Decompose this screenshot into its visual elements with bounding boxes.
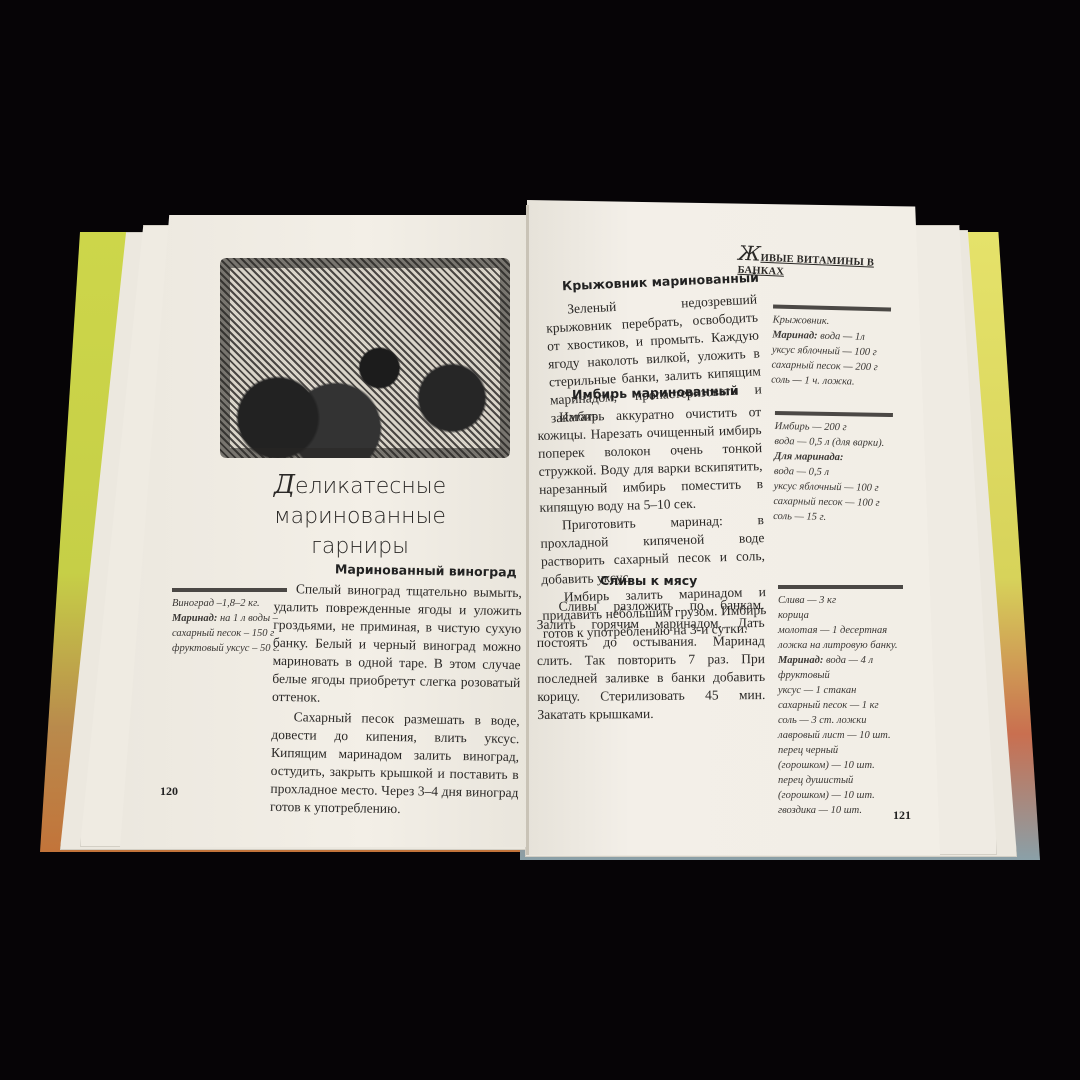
ingredient-line: Маринад: вода — 4 л [778,653,903,668]
ingredients-gooseberry: Крыжовник. Маринад: вода — 1л уксус ябло… [771,304,891,390]
page-number-left: 120 [160,784,178,799]
ingredient-line: (горошком) — 10 шт. [778,758,903,773]
ingredient-line: Маринад: на 1 л воды – [172,611,287,626]
ingredient-line: уксус — 1 стакан [778,683,903,698]
ingredient-line: соль — 1 ч. ложка. [771,372,889,390]
ingredient-line: перец душистый [778,773,903,788]
ingredient-line: фруктовый [778,668,903,683]
chapter-title: Деликатесные маринованные гарниры [200,470,520,562]
paragraph: Имбирь аккуратно очистить от кожицы. Нар… [537,403,764,517]
book-gutter [526,205,529,855]
ingredients-plums: Слива — 3 кг корица молотая — 1 десертна… [778,585,903,818]
ingredient-line: соль — 15 г. [773,509,891,526]
ingredient-line: гвоздика — 10 шт. [778,803,903,818]
engraving-illustration [220,258,510,458]
sidebar-rule [778,585,903,589]
paragraph: Сахарный песок размешать в воде, довести… [270,708,520,820]
ingredient-line: фруктовый уксус – 50 г. [172,641,287,656]
ingredient-line: корица [778,608,903,623]
ingredients-grapes: Виноград –1,8–2 кг. Маринад: на 1 л воды… [172,588,287,656]
recipe-title-plums: Сливы к мясу [600,573,697,588]
paragraph: Спелый виноград тщательно вымыть, удалит… [272,580,522,710]
title-initial: Д [274,470,295,500]
ingredient-line: соль — 3 ст. ложки [778,713,903,728]
paragraph: Сливы разложить по банкам. Залить горячи… [536,596,765,724]
ingredient-line: лавровый лист — 10 шт. [778,728,903,743]
ingredient-line: перец черный [778,743,903,758]
title-line1: еликатесные маринованные [274,474,446,529]
running-header: ЖИВЫЕ ВИТАМИНЫ В БАНКАХ [737,241,888,283]
ingredient-line: ложка на литровую банку. [778,638,903,653]
ingredient-line: Виноград –1,8–2 кг. [172,596,287,611]
sidebar-rule [775,411,893,417]
title-line2: гарниры [200,532,520,562]
page-number-right: 121 [893,808,911,823]
ingredient-line: молотая — 1 десертная [778,623,903,638]
sidebar-rule [172,588,287,592]
ingredient-line: сахарный песок – 150 г [172,626,287,641]
recipe-body-plums: Сливы разложить по банкам. Залить горячи… [536,596,765,724]
ingredients-ginger: Имбирь — 200 г вода — 0,5 л (для варки).… [773,411,893,526]
ingredient-line: (горошком) — 10 шт. [778,788,903,803]
ingredient-line: Слива — 3 кг [778,593,903,608]
recipe-title-grapes: Маринованный виноград [335,561,517,579]
ingredient-line: сахарный песок — 1 кг [778,698,903,713]
recipe-body-grapes: Спелый виноград тщательно вымыть, удалит… [270,580,522,820]
